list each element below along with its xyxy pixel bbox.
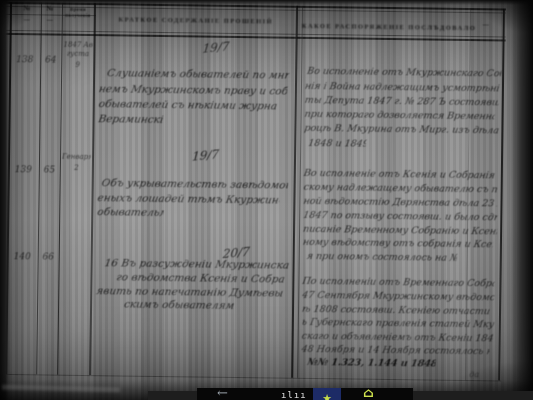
column-header-resolution: КАКОЕ РАСПОРЯЖЕНІЕ ПОСЛѢДОВАЛО [302,23,474,32]
column-header-no-private: № [40,4,60,12]
back-arrow-icon[interactable]: ← [217,388,228,400]
handwritten-line: ному вѣдомству отъ собранія и Ксеніи сос… [302,237,494,250]
handwritten-line: Во исполненіе отъ Мкуржинскаго Собранія … [306,66,502,80]
handwritten-line: Слушаніемъ обывателей по мнѣнію въ здѣшн [106,67,290,81]
handwritten-line: №№ 1.323, 1.144 и 1848 г. [307,357,437,370]
handwritten-line: явить по напечатанію Думѣевымъ Вас. дѣ [95,285,283,299]
entry-date: густа [63,50,92,58]
entry-date: 9 [63,61,92,69]
handwritten-line: обывательмѣ. [96,206,164,219]
document-photo: № — № — Время полученія КРАТКОЕ СОДЕРЖАН… [0,0,533,400]
handwritten-line: 1847 по отзыву состоявш. и было сдѣлано … [302,210,498,224]
handwritten-line: 48 Ноября и 14 Ноября состоялось на 144 … [301,344,491,357]
entry-no-general: 138 [11,55,38,65]
column-header-dash: — [16,17,38,23]
handwritten-line: немъ Мкуржинскомъ праву и собранію въ се… [98,83,288,97]
column-header-date-line2: полученія [63,14,93,20]
docket-number: 19/7 [192,147,220,164]
handwritten-line: скимъ обывателямъ [123,299,235,312]
column-header-contents: КРАТКОЕ СОДЕРЖАНІЕ ПРОШЕНІЙ [98,16,294,26]
handwritten-line: ной вѣдомостію Дврянства дѣла 23 Августа… [303,196,499,210]
handwritten-line: роцѣ В. Мкурина отъ Мирг. изъ дѣла на 14… [304,123,500,137]
handwritten-line: при котораго дозволяется Временнаго Ксен… [304,109,496,122]
table-line [498,8,505,380]
handwritten-line: 16 Въ разсужденіи Мкуржинскаго зе [104,257,290,271]
handwritten-line: Вераминскій [98,113,164,126]
handwritten-line: ь Губернскаго правленія статей Мкуржинск… [301,317,495,330]
table-line [89,3,95,375]
handwritten-line: го вѣдомства Ксенія и Собранія объяв [116,271,286,285]
handwritten-line: 47 Сентября Мкуржинскому вѣдомству гдѣ с… [301,290,495,303]
table-line [0,374,501,382]
entry-date: 1847 Ав- [63,41,92,49]
viewer-toolbar: ← ılıı ★ ⌂ [197,388,413,400]
handwritten-line: обывателей съ нѣкіими журнальными опредѣ… [98,98,278,112]
handwritten-line: Во исполненіе отъ Ксенія и Собранія Мкур… [303,168,499,182]
handwritten-line: скому надлежащему обывателю съ приложенн… [303,182,499,196]
home-icon[interactable]: ⌂ [363,388,374,400]
signal-glyph: ılıı [281,389,307,400]
entry-no-private: 64 [41,55,60,65]
column-header-dash: — [474,22,498,28]
column-header-no-general: № [16,4,38,12]
handwritten-line: По исполненіи отъ Временнаго Собранія 18… [302,276,496,289]
column-header-dash: — [40,17,60,23]
handwritten-line: скаго и объявленіемъ отъ Ксеніи 1847 и 1… [301,331,495,344]
entry-no-private: 65 [40,165,59,175]
favorites-button[interactable]: ★ [313,388,341,400]
handwritten-line: нія і Война надлежащимъ усмотрѣніемъ гра… [304,81,500,95]
favorites-star-icon[interactable]: ★ [322,392,332,400]
entry-date: 2 [62,164,91,172]
docket-number: 19/7 [202,39,230,56]
corner-annotation: да [469,370,479,379]
handwritten-line: писаніе Временному Собранію и Ксенію 14 … [302,224,498,238]
handwritten-line: ты Депута 1847 г. № 287 Ъ состоявшейся с… [304,95,500,109]
handwritten-line: ѣ 1808 состоявш. Ксеніею отчасти вписать… [301,304,493,317]
ledger-page: № — № — Время полученія КРАТКОЕ СОДЕРЖАН… [0,0,533,400]
entry-no-general: 140 [9,252,36,262]
entry-no-general: 139 [10,165,37,175]
handwritten-line: Объ укрывательствѣ завѣдомой крад [101,177,289,191]
handwritten-line: я при ономъ состоялось на № 142 дѣло 288… [306,251,458,264]
entry-date: Генваря [62,153,91,161]
handwritten-line: 1848 и 1849. [307,138,367,150]
handwritten-line: еныхъ лошадей тѣмъ Ккуржинскимъ у [97,192,281,206]
column-header-date: Время полученія [63,8,93,20]
entry-no-private: 66 [39,252,58,262]
